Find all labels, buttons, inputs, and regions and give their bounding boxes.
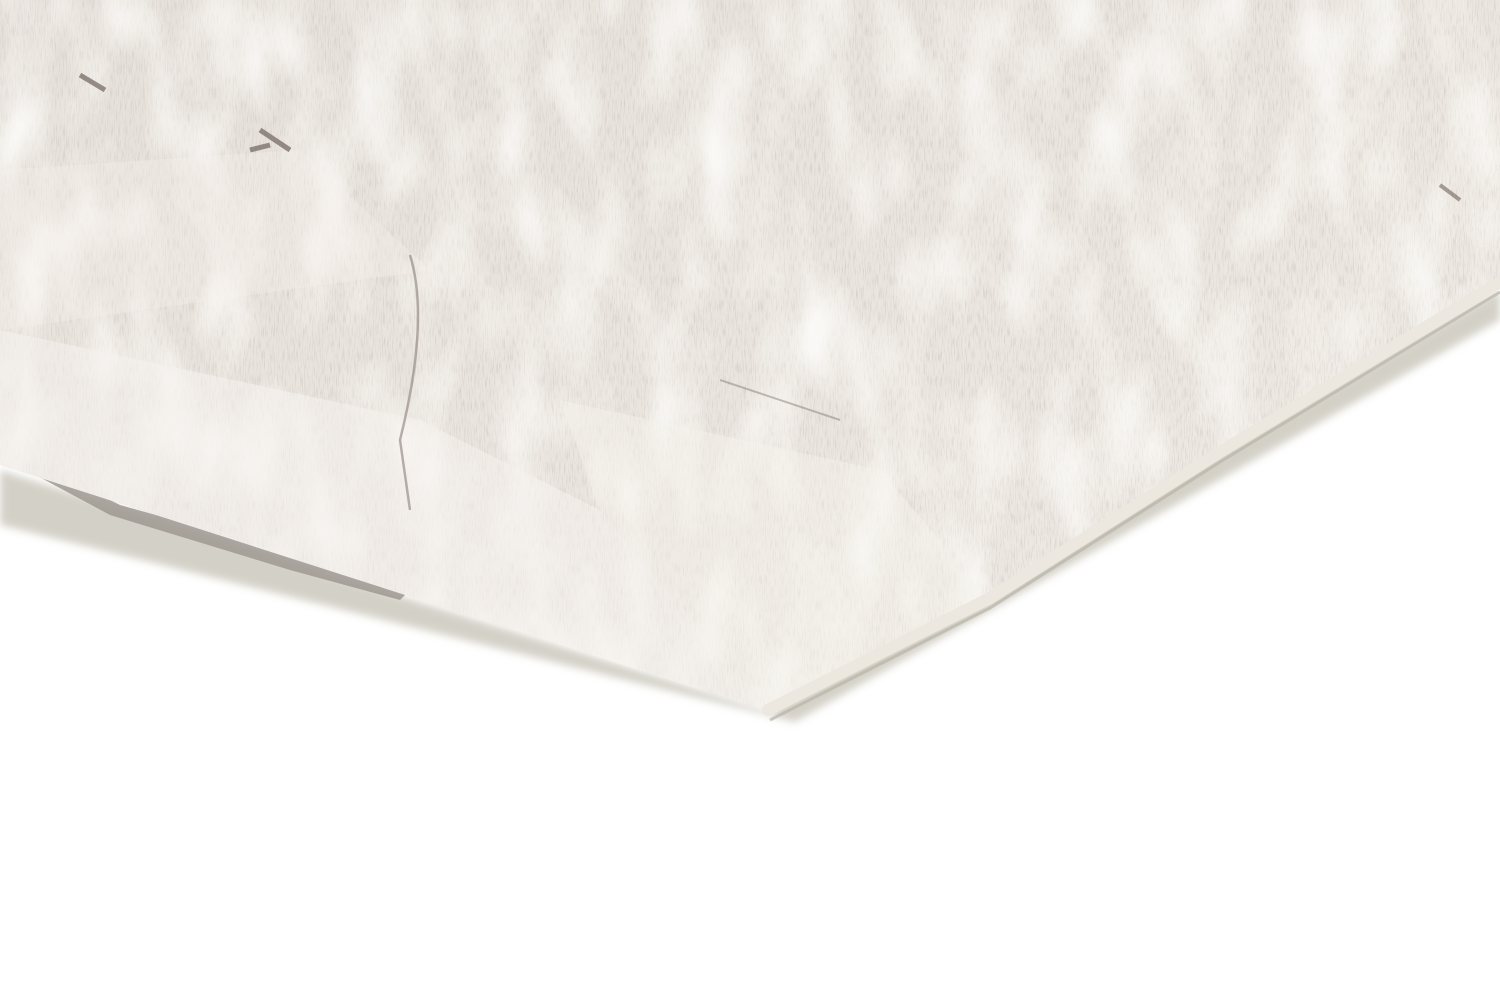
- rug-photo: [0, 0, 1500, 1001]
